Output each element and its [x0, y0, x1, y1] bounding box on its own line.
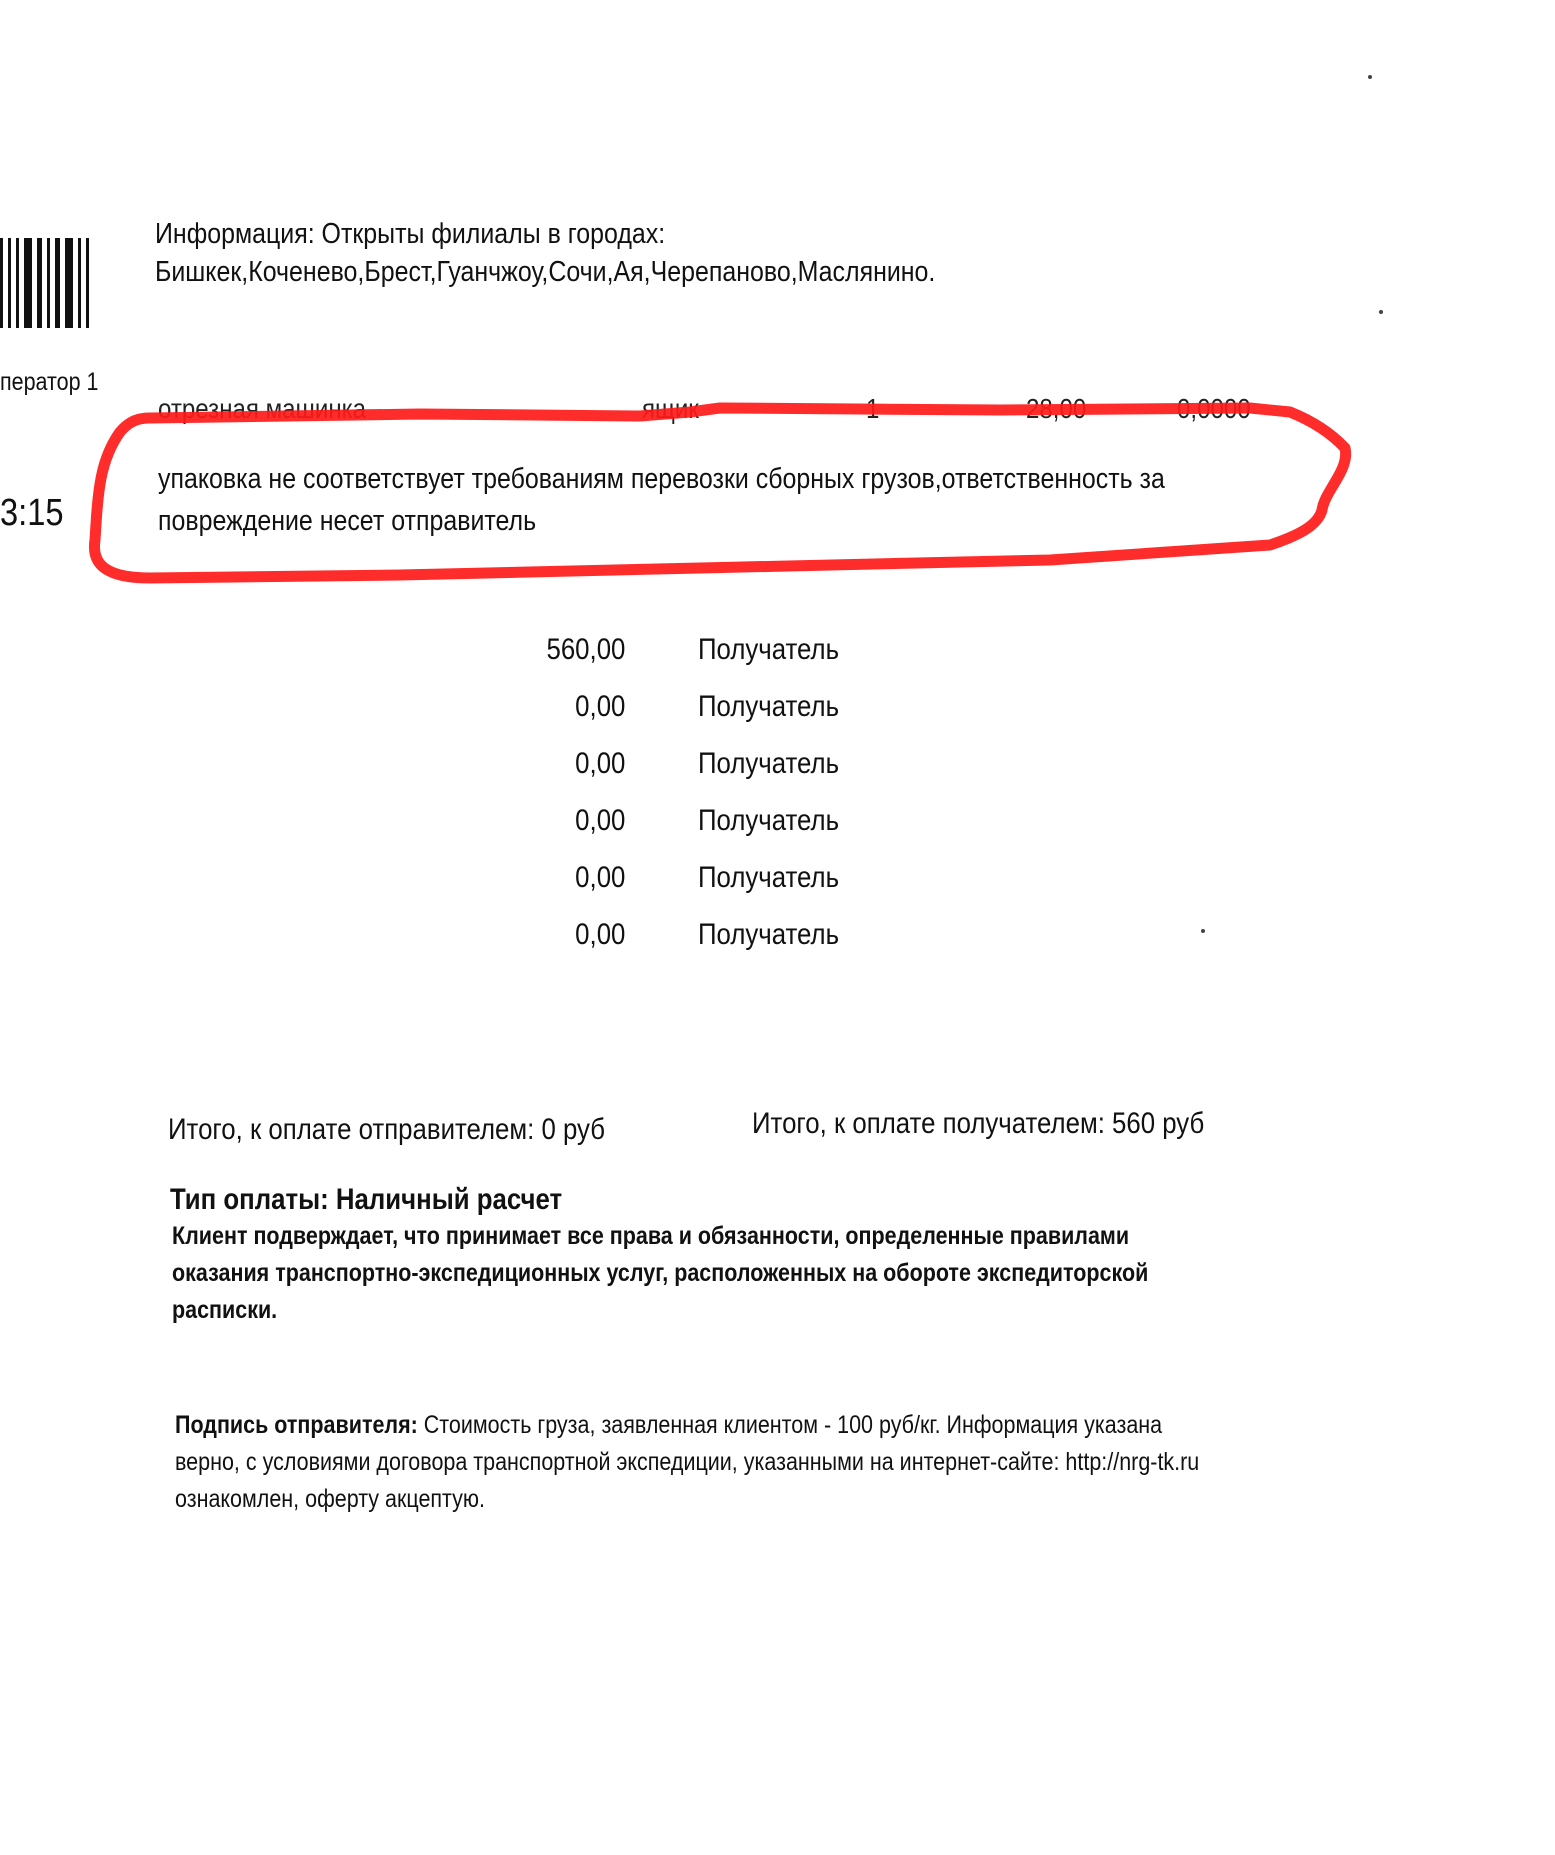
charge-payer: Получатель [698, 690, 839, 724]
sender-signature-block: Подпись отправителя: Стоимость груза, за… [175, 1407, 1199, 1518]
operator-label: ператор 1 [0, 368, 98, 397]
cargo-package: ящик [642, 393, 699, 425]
charge-amount: 0,00 [505, 747, 625, 781]
scan-speck [1201, 929, 1205, 933]
client-line-1: Клиент подверждает, что принимает все пр… [172, 1218, 1148, 1255]
signature-label: Подпись отправителя: [175, 1411, 418, 1439]
charge-payer: Получатель [698, 747, 839, 781]
charge-amount: 0,00 [505, 918, 625, 952]
charge-amount: 0,00 [505, 690, 625, 724]
signature-line-1-text: Стоимость груза, заявленная клиентом - 1… [418, 1411, 1162, 1439]
cargo-note: упаковка не соответствует требованиям пе… [158, 458, 1165, 542]
note-line-2: повреждение несет отправитель [158, 500, 1165, 542]
info-block: Информация: Открыты филиалы в городах: Б… [155, 215, 935, 291]
client-line-2: оказания транспортно-экспедиционных услу… [172, 1255, 1148, 1292]
scan-speck [1368, 75, 1372, 79]
charge-payer: Получатель [698, 804, 839, 838]
charge-payer: Получатель [698, 861, 839, 895]
charge-amount: 0,00 [505, 861, 625, 895]
time-label: 3:15 [0, 492, 64, 535]
cargo-volume: 0,0000 [1177, 393, 1251, 425]
signature-line-2: верно, с условиями договора транспортной… [175, 1444, 1199, 1481]
total-sender: Итого, к оплате отправителем: 0 руб [168, 1113, 605, 1147]
scan-speck [1379, 310, 1383, 314]
info-line-2: Бишкек,Коченево,Брест,Гуанчжоу,Сочи,Ая,Ч… [155, 253, 935, 291]
note-line-1: упаковка не соответствует требованиям пе… [158, 458, 1165, 500]
payment-type: Тип оплаты: Наличный расчет [170, 1183, 562, 1217]
charge-payer: Получатель [698, 918, 839, 952]
barcode [0, 238, 89, 328]
signature-line-1: Подпись отправителя: Стоимость груза, за… [175, 1407, 1199, 1444]
client-line-3: расписки. [172, 1292, 1148, 1329]
charge-amount: 560,00 [505, 633, 625, 667]
cargo-name: отрезная машинка [158, 393, 366, 425]
total-receiver: Итого, к оплате получателем: 560 руб [752, 1107, 1204, 1141]
charge-payer: Получатель [698, 633, 839, 667]
signature-line-3: ознакомлен, оферту акцептую. [175, 1481, 1199, 1518]
charge-amount: 0,00 [505, 804, 625, 838]
info-line-1: Информация: Открыты филиалы в городах: [155, 215, 935, 253]
cargo-quantity: 1 [866, 393, 879, 425]
cargo-weight: 28,00 [1026, 393, 1086, 425]
client-agreement: Клиент подверждает, что принимает все пр… [172, 1218, 1148, 1329]
